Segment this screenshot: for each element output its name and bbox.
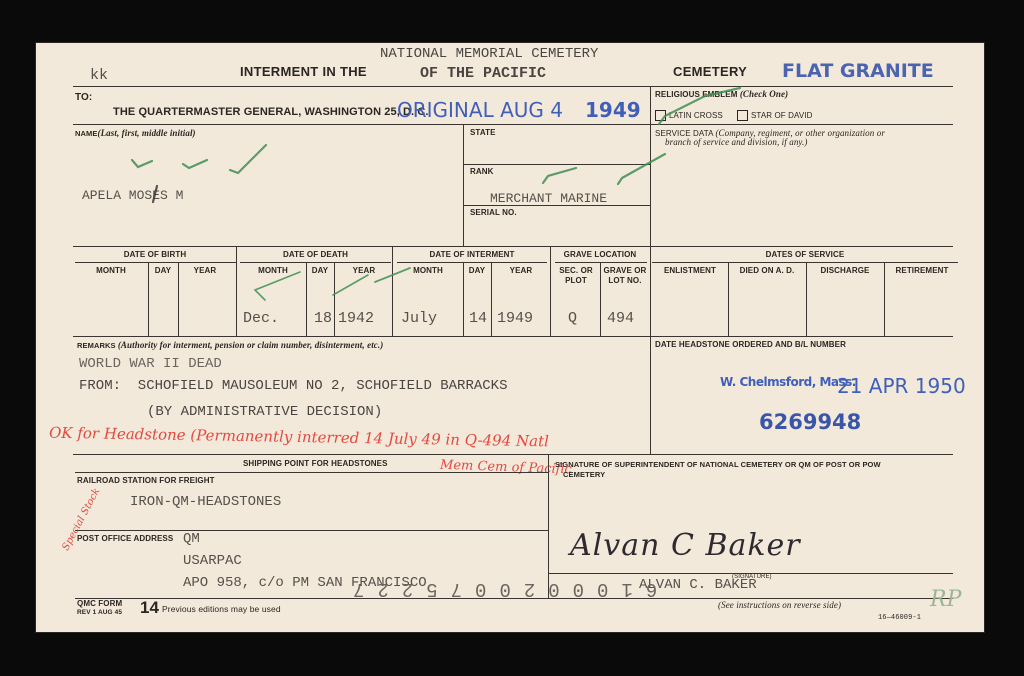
interment-card: kk INTERMENT IN THE NATIONAL MEMORIAL CE… [35, 42, 985, 633]
green-check-marks [35, 42, 985, 633]
